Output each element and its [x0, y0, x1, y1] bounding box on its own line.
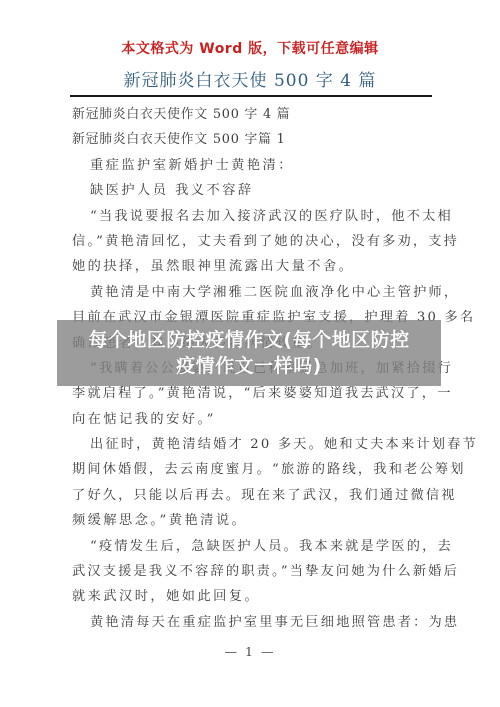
overlay-title-line-1: 每个地区防控疫情作文(每个地区防控	[88, 327, 409, 353]
body-line: 就来武汉时，她如此回复。	[72, 584, 432, 609]
body-line: 期间休婚假，去云南度蜜月。“旅游的路线，我和老公筹划	[72, 457, 432, 482]
body-line: 黄艳清是中南大学湘雅二医院血液净化中心主管护师，	[72, 280, 432, 305]
body-line: 向在惦记我的安好。”	[72, 407, 432, 432]
body-line: 出征时，黄艳清结婚才 20 多天。她和丈夫本来计划春节	[72, 432, 432, 457]
body-line: “疫情发生后，急缺医护人员。我本来就是学医的，去	[72, 534, 432, 559]
title-divider	[70, 95, 432, 97]
word-format-notice: 本文格式为 Word 版，下载可任意编辑	[0, 38, 500, 58]
body-line: 频缓解思念。”黄艳清说。	[72, 508, 432, 533]
body-line: 重症监护室新婚护士黄艳清：	[72, 153, 432, 178]
body-line: 缺医护人员 我义不容辞	[72, 178, 432, 203]
body-line: 信。”黄艳清回忆，丈夫看到了她的决心，没有多劝，支持	[72, 229, 432, 254]
page-number: — 1 —	[0, 644, 500, 659]
document-page: 本文格式为 Word 版，下载可任意编辑 新冠肺炎白衣天使 500 字 4 篇 …	[0, 0, 500, 707]
body-line: 武汉支援是我义不容辞的职责。”当挚友问她为什么新婚后	[72, 559, 432, 584]
document-title: 新冠肺炎白衣天使 500 字 4 篇	[0, 66, 500, 91]
body-line: 了好久，只能以后再去。现在来了武汉，我们通过微信视	[72, 483, 432, 508]
article-title-overlay: 每个地区防控疫情作文(每个地区防控 疫情作文一样吗)	[57, 320, 441, 386]
overlay-title-line-2: 疫情作文一样吗)	[176, 353, 322, 379]
body-line: 新冠肺炎白衣天使作文 500 字 4 篇	[72, 102, 432, 127]
body-line: 她的抉择，虽然眼神里流露出大量不舍。	[72, 254, 432, 279]
body-line: “当我说要报名去加入接济武汉的医疗队时，他不太相	[72, 204, 432, 229]
body-line: 新冠肺炎白衣天使作文 500 字篇 1	[72, 127, 432, 152]
body-line: 黄艳清每天在重症监护室里事无巨细地照管患者：为患	[72, 610, 432, 635]
